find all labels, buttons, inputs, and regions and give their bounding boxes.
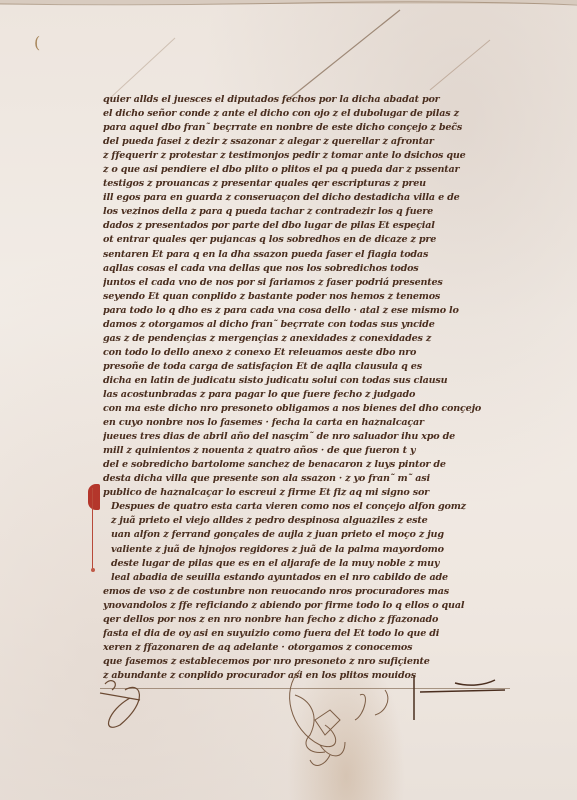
- center-signum-icon: [290, 670, 388, 765]
- manuscript-page: ( quier allds el juesces el diputados fe…: [0, 0, 577, 800]
- right-rubric-icon: [414, 675, 505, 720]
- left-rubric-icon: [100, 681, 140, 728]
- signatures-and-rubrics: [0, 0, 577, 800]
